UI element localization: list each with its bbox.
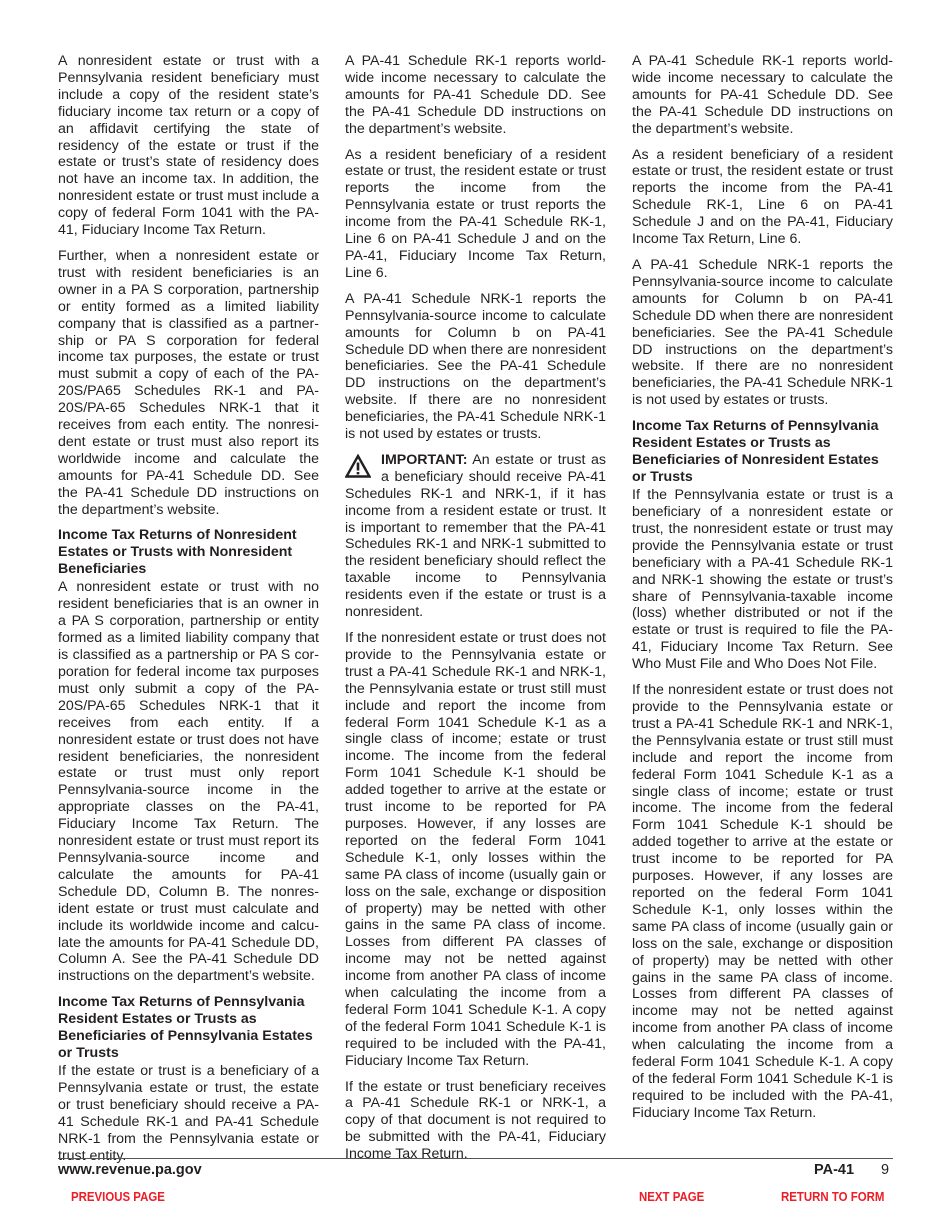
previous-page-link[interactable]: PREVIOUS PAGE: [71, 1189, 165, 1204]
footer-page-number: 9: [881, 1162, 889, 1178]
paragraph: If the estate or trust beneficiary recei…: [345, 1079, 606, 1164]
section-heading: Income Tax Returns of Pennsylvania Resid…: [632, 418, 893, 486]
important-text: An estate or trust as a beneficiary shou…: [345, 452, 606, 620]
paragraph: As a resident beneficiary of a resident …: [345, 147, 606, 282]
warning-triangle-icon: [345, 454, 371, 478]
paragraph: If the estate or trust is a beneficiary …: [58, 1063, 319, 1164]
important-notice: IMPORTANT: An estate or trust as a benef…: [345, 452, 606, 621]
paragraph: If the nonresident estate or trust does …: [345, 630, 606, 1070]
paragraph: If the nonresident estate or trust does …: [632, 682, 893, 1122]
paragraph: A nonresident estate or trust with no re…: [58, 579, 319, 985]
footer-divider: [58, 1158, 893, 1159]
footer-form-id: PA-41: [814, 1162, 854, 1178]
next-page-link[interactable]: NEXT PAGE: [639, 1189, 704, 1204]
paragraph: If the Pennsylvania estate or trust is a…: [632, 487, 893, 673]
section-heading: Income Tax Returns of Pennsylvania Resid…: [58, 994, 319, 1062]
paragraph: Further, when a nonresident estate or tr…: [58, 248, 319, 519]
paragraph: A PA-41 Schedule RK-1 reports world­wide…: [345, 53, 606, 138]
return-to-form-link[interactable]: RETURN TO FORM: [781, 1189, 884, 1204]
footer-website: www.revenue.pa.gov: [58, 1162, 202, 1178]
paragraph: A nonresident estate or trust with a Pen…: [58, 53, 319, 239]
column-3: A PA-41 Schedule RK-1 reports world­wide…: [632, 53, 893, 1131]
paragraph: A PA-41 Schedule RK-1 reports world­wide…: [632, 53, 893, 138]
paragraph: As a resident beneficiary of a resident …: [632, 147, 893, 248]
paragraph: A PA-41 Schedule NRK-1 reports the Penns…: [345, 291, 606, 443]
important-label: IMPORTANT:: [381, 452, 467, 468]
section-heading: Income Tax Returns of Nonresident Estate…: [58, 527, 319, 578]
column-2: A PA-41 Schedule RK-1 reports world­wide…: [345, 53, 606, 1172]
column-1: A nonresident estate or trust with a Pen…: [58, 53, 319, 1174]
paragraph: A PA-41 Schedule NRK-1 reports the Penns…: [632, 257, 893, 409]
